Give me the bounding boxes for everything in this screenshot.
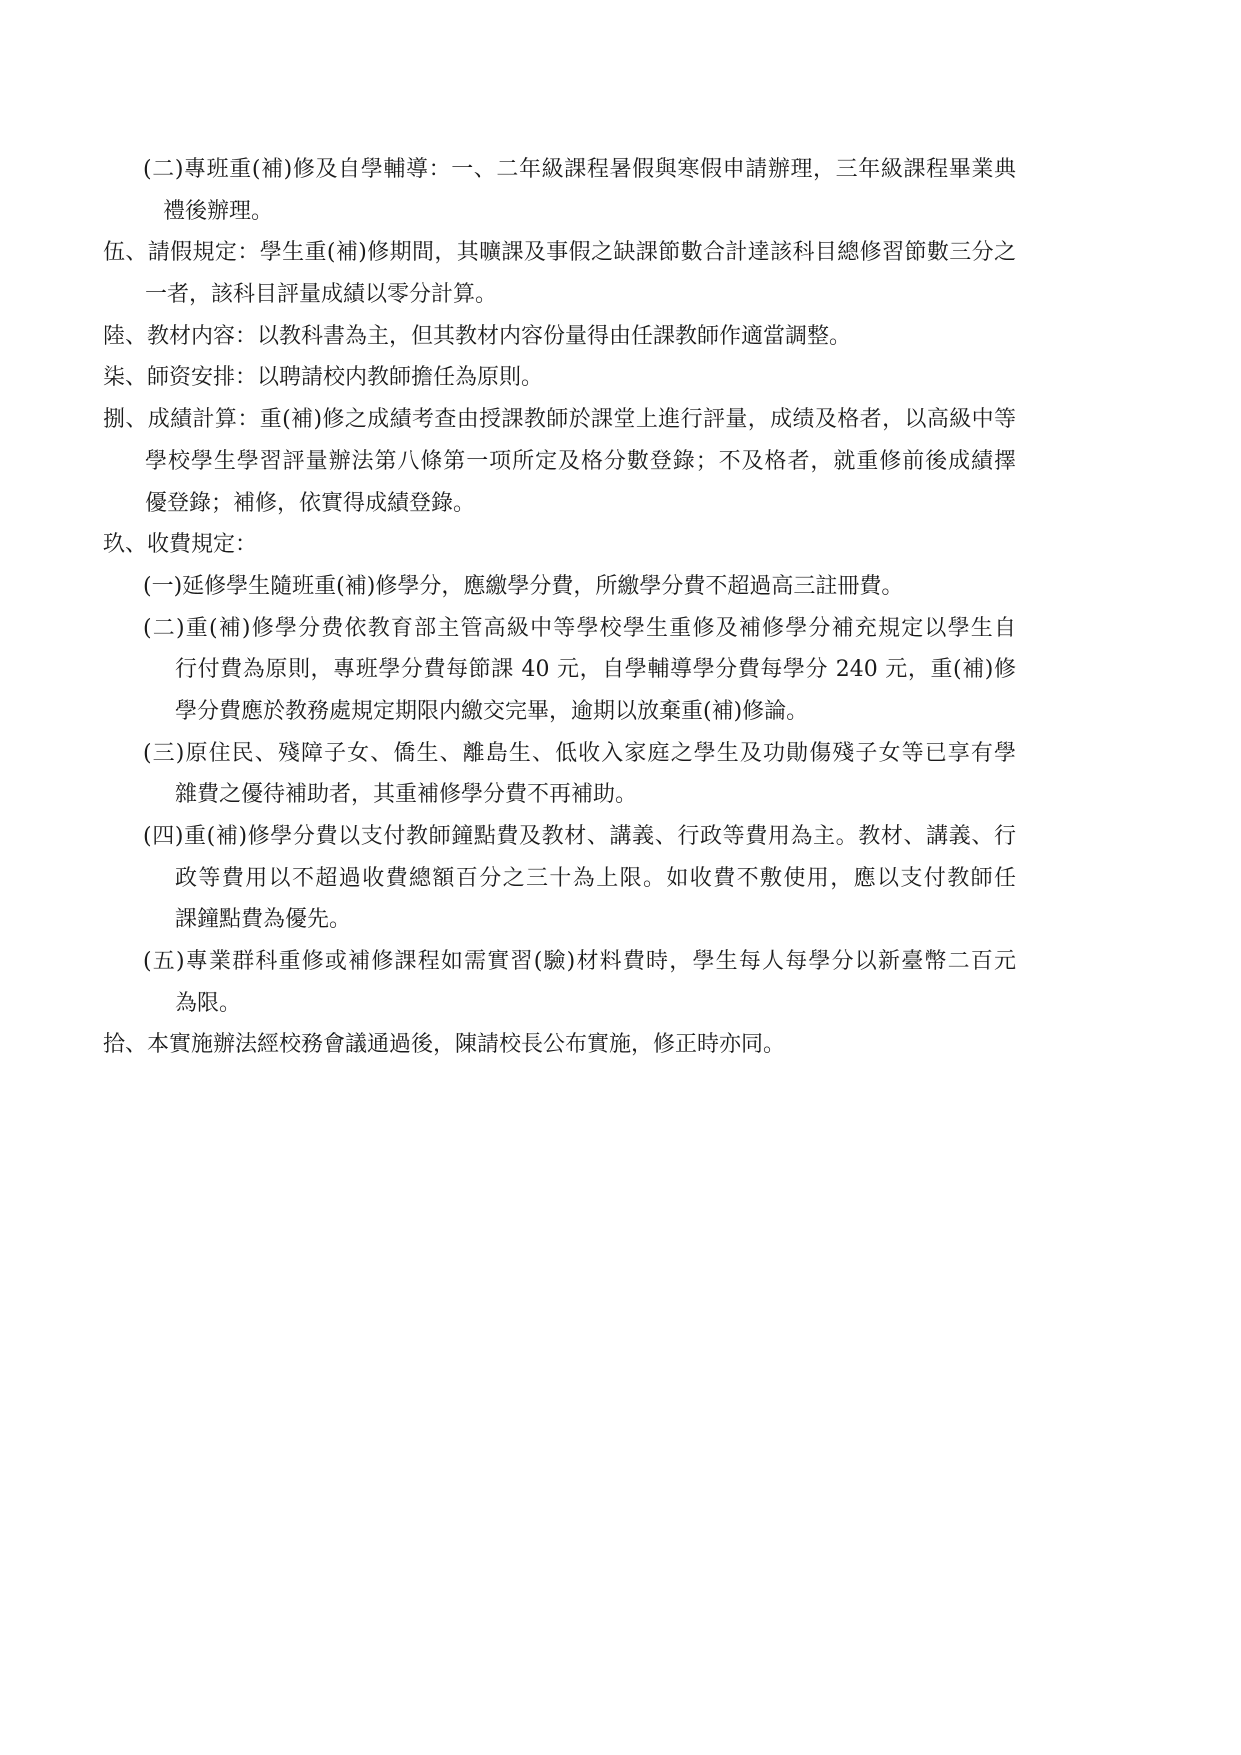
doc-line: 一者，該科目評量成績以零分計算。: [145, 274, 1016, 316]
doc-line: (二)重(補)修學分费依教育部主管高級中等學校學生重修及補修學分補充規定以學生自: [143, 608, 1016, 650]
doc-line: 學分費應於教務處規定期限内繳交完畢，逾期以放棄重(補)修論。: [175, 691, 1016, 733]
doc-line: 玖、收費規定：: [103, 524, 1016, 566]
doc-line: (四)重(補)修學分費以支付教師鐘點費及教材、講義、行政等費用為主。教材、講義、…: [143, 816, 1016, 858]
doc-line: 政等費用以不超過收費總額百分之三十為上限。如收費不敷使用，應以支付教師任: [175, 858, 1016, 900]
doc-line: 拾、本實施辦法經校務會議通過後，陳請校長公布實施，修正時亦同。: [103, 1024, 1016, 1066]
doc-line: (二)專班重(補)修及自學輔導：一、二年級課程暑假與寒假申請辦理，三年級課程畢業…: [143, 149, 1016, 191]
doc-line: (一)延修學生隨班重(補)修學分，應繳學分費，所繳學分費不超過高三註冊費。: [143, 566, 1016, 608]
doc-line: 伍、請假規定：學生重(補)修期間，其曠課及事假之缺課節數合計達該科目總修習節數三…: [103, 232, 1016, 274]
doc-line: 為限。: [175, 983, 1016, 1025]
doc-line: 學校學生學習評量辦法第八條第一项所定及格分數登錄；不及格者，就重修前後成績擇: [145, 441, 1016, 483]
doc-line: 禮後辦理。: [163, 191, 1016, 233]
doc-line: 課鐘點費為優先。: [175, 899, 1016, 941]
doc-line: 捌、成績計算：重(補)修之成績考查由授課教師於課堂上進行評量，成绩及格者，以高級…: [103, 399, 1016, 441]
doc-line: 陸、教材内容：以教科書為主，但其教材内容份量得由任課教師作適當調整。: [103, 316, 1016, 358]
doc-line: 雜費之優待補助者，其重補修學分費不再補助。: [175, 774, 1016, 816]
doc-line: 優登錄；補修，依實得成績登錄。: [145, 483, 1016, 525]
doc-line: (三)原住民、殘障子女、僑生、離島生、低收入家庭之學生及功勛傷殘子女等已享有學: [143, 733, 1016, 775]
document-page: (二)專班重(補)修及自學輔導：一、二年級課程暑假與寒假申請辦理，三年級課程畢業…: [0, 0, 1241, 1755]
doc-line: (五)專業群科重修或補修課程如需實習(驗)材料費時，學生每人每學分以新臺幣二百元: [143, 941, 1016, 983]
doc-line: 柒、師资安排：以聘請校内教師擔任為原則。: [103, 357, 1016, 399]
doc-line: 行付費為原則，專班學分費每節課 40 元，自學輔導學分費每學分 240 元，重(…: [175, 649, 1016, 691]
